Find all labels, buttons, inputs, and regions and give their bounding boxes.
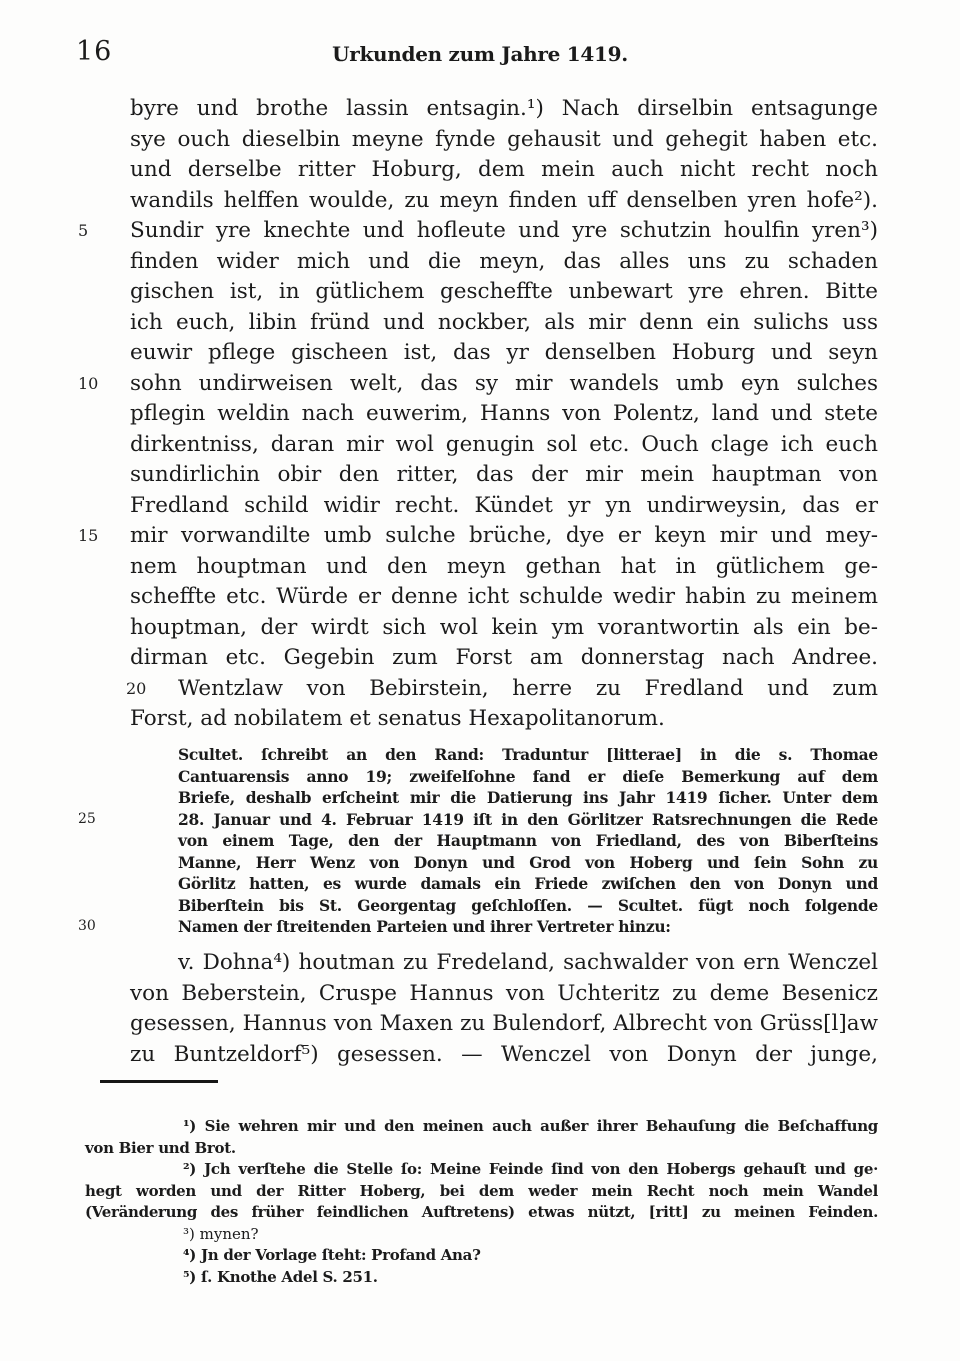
annotation-line: 30Namen der ſtreitenden Parteien und ihr… [178, 916, 878, 938]
line-text: Manne, Herr Wenz von Donyn und Grod von … [178, 853, 878, 872]
footnote-line: ⁵) ſ. Knothe Adel S. 251. [85, 1267, 878, 1289]
text-line: 20Wentzlaw von Bebirstein, herre zu Fred… [130, 674, 878, 705]
text-line: dirkentniss, daran mir wol genugin sol e… [130, 430, 878, 461]
annotation-line: Scultet. ſchreibt an den Rand: Traduntur… [178, 744, 878, 766]
line-text: wandils helffen woulde, zu meyn finden u… [130, 188, 878, 213]
margin-line-number: 25 [78, 809, 100, 831]
line-text: Fredland schild widir recht. Kündet yr y… [130, 493, 878, 518]
line-text: 28. Januar und 4. Februar 1419 iſt in de… [178, 810, 878, 829]
line-text: v. Dohna⁴) houtman zu Fredeland, sachwal… [178, 950, 878, 975]
text-line: houptman, der wirdt sich wol kein ym vor… [130, 613, 878, 644]
line-text: sye ouch dieselbin meyne fynde gehausit … [130, 127, 878, 152]
line-text: Biberſtein bis St. Georgentag geſchloſſe… [178, 896, 878, 915]
text-line: ich euch, libin fründ und nockber, als m… [130, 308, 878, 339]
line-text: von Bier und Brot. [85, 1139, 236, 1157]
line-text: und derselbe ritter Hoburg, dem mein auc… [130, 157, 878, 182]
line-text: Forst, ad nobilatem et senatus Hexapolit… [130, 706, 665, 731]
text-line: gesessen, Hannus von Maxen zu Bulendorf,… [130, 1009, 878, 1040]
line-text: zu Buntzeldorf⁵) gesessen. — Wenczel von… [130, 1042, 878, 1067]
footnote-line: ⁴) Jn der Vorlage ſteht: Profand Ana? [85, 1245, 878, 1267]
text-line: byre und brothe lassin entsagin.¹) Nach … [130, 94, 878, 125]
line-text: mir vorwandilte umb sulche brüche, dye e… [130, 523, 878, 548]
text-line: pflegin weldin nach euwerim, Hanns von P… [130, 399, 878, 430]
annotation-line: 2528. Januar und 4. Februar 1419 iſt in … [178, 809, 878, 831]
footnote-line: ²) Jch verſtehe die Stelle ſo: Meine Fei… [85, 1159, 878, 1181]
scanned-book-page: 16 Urkunden zum Jahre 1419. byre und bro… [0, 0, 960, 1361]
margin-line-number: 10 [78, 369, 102, 400]
line-text: houptman, der wirdt sich wol kein ym vor… [130, 615, 878, 640]
text-line: scheffte etc. Würde er denne icht schuld… [130, 582, 878, 613]
line-text: scheffte etc. Würde er denne icht schuld… [130, 584, 878, 609]
line-text: Scultet. ſchreibt an den Rand: Traduntur… [178, 745, 878, 764]
line-text: Görlitz hatten, es wurde damals ein Frie… [178, 874, 878, 893]
line-text: Sundir yre knechte und hofleute und yre … [130, 218, 878, 243]
margin-line-number: 30 [78, 916, 100, 938]
text-line: 15mir vorwandilte umb sulche brüche, dye… [130, 521, 878, 552]
line-text: von einem Tage, den der Hauptmann von Fr… [178, 831, 878, 850]
text-line: sye ouch dieselbin meyne fynde gehausit … [130, 125, 878, 156]
text-line: von Beberstein, Cruspe Hannus von Uchter… [130, 979, 878, 1010]
line-text: ⁵) ſ. Knothe Adel S. 251. [183, 1268, 378, 1286]
annotation-line: Cantuarensis anno 19; zweifelſohne fand … [178, 766, 878, 788]
line-text: Namen der ſtreitenden Parteien und ihrer… [178, 917, 671, 936]
line-text: (Veränderung des früher feindlichen Auft… [85, 1203, 878, 1221]
text-line: sundirlichin obir den ritter, das der mi… [130, 460, 878, 491]
line-text: Briefe, deshalb erſcheint mir die Datier… [178, 788, 878, 807]
line-text: ich euch, libin fründ und nockber, als m… [130, 310, 878, 335]
footnote-line: (Veränderung des früher feindlichen Auft… [85, 1202, 878, 1224]
line-text: finden wider mich und die meyn, das alle… [130, 249, 878, 274]
line-text: dirman etc. Gegebin zum Forst am donners… [130, 645, 878, 670]
margin-line-number: 15 [78, 521, 102, 552]
line-text: hegt worden und der Ritter Hoberg, bei d… [85, 1182, 878, 1200]
annotation-line: Manne, Herr Wenz von Donyn und Grod von … [178, 852, 878, 874]
text-line: nem houptman und den meyn gethan hat in … [130, 552, 878, 583]
footnote-separator [100, 1080, 218, 1083]
footnote-line: von Bier und Brot. [85, 1138, 878, 1160]
line-text: Cantuarensis anno 19; zweifelſohne fand … [178, 767, 878, 786]
editor-annotation: Scultet. ſchreibt an den Rand: Traduntur… [178, 744, 878, 938]
text-line: und derselbe ritter Hoburg, dem mein auc… [130, 155, 878, 186]
annotation-line: von einem Tage, den der Hauptmann von Fr… [178, 830, 878, 852]
line-text: ⁴) Jn der Vorlage ſteht: Profand Ana? [183, 1246, 481, 1264]
closing-paragraph: v. Dohna⁴) houtman zu Fredeland, sachwal… [130, 948, 878, 1070]
margin-line-number: 5 [78, 216, 102, 247]
line-text: nem houptman und den meyn gethan hat in … [130, 554, 878, 579]
line-text: Wentzlaw von Bebirstein, herre zu Fredla… [178, 676, 878, 701]
annotation-line: Görlitz hatten, es wurde damals ein Frie… [178, 873, 878, 895]
line-text: gesessen, Hannus von Maxen zu Bulendorf,… [130, 1011, 878, 1036]
text-line: wandils helffen woulde, zu meyn finden u… [130, 186, 878, 217]
line-text: byre und brothe lassin entsagin.¹) Nach … [130, 96, 878, 121]
line-text: euwir pflege gischeen ist, das yr densel… [130, 340, 878, 365]
text-line: euwir pflege gischeen ist, das yr densel… [130, 338, 878, 369]
line-text: dirkentniss, daran mir wol genugin sol e… [130, 432, 878, 457]
footnote-line: ¹) Sie wehren mir und den meinen auch au… [85, 1116, 878, 1138]
line-text: ¹) Sie wehren mir und den meinen auch au… [183, 1117, 878, 1135]
annotation-line: Briefe, deshalb erſcheint mir die Datier… [178, 787, 878, 809]
footnote-line: hegt worden und der Ritter Hoberg, bei d… [85, 1181, 878, 1203]
footnotes: ¹) Sie wehren mir und den meinen auch au… [85, 1116, 878, 1288]
text-line: zu Buntzeldorf⁵) gesessen. — Wenczel von… [130, 1040, 878, 1071]
text-line: 5Sundir yre knechte und hofleute und yre… [130, 216, 878, 247]
text-line: v. Dohna⁴) houtman zu Fredeland, sachwal… [130, 948, 878, 979]
line-text: pflegin weldin nach euwerim, Hanns von P… [130, 401, 878, 426]
line-text: sundirlichin obir den ritter, das der mi… [130, 462, 878, 487]
text-line: finden wider mich und die meyn, das alle… [130, 247, 878, 278]
annotation-line: Biberſtein bis St. Georgentag geſchloſſe… [178, 895, 878, 917]
text-line: 10sohn undirweisen welt, das sy mir wand… [130, 369, 878, 400]
text-line: dirman etc. Gegebin zum Forst am donners… [130, 643, 878, 674]
text-line: gischen ist, in gütlichem gescheffte unb… [130, 277, 878, 308]
footnote-line: ³) mynen? [85, 1224, 878, 1246]
line-text: ²) Jch verſtehe die Stelle ſo: Meine Fei… [183, 1160, 878, 1178]
text-line: Forst, ad nobilatem et senatus Hexapolit… [130, 704, 878, 735]
main-text: byre und brothe lassin entsagin.¹) Nach … [130, 94, 878, 735]
margin-line-number: 20 [78, 674, 102, 705]
line-text: gischen ist, in gütlichem gescheffte unb… [130, 279, 878, 304]
line-text: von Beberstein, Cruspe Hannus von Uchter… [130, 981, 878, 1006]
running-title: Urkunden zum Jahre 1419. [0, 42, 960, 66]
text-line: Fredland schild widir recht. Kündet yr y… [130, 491, 878, 522]
line-text: sohn undirweisen welt, das sy mir wandel… [130, 371, 878, 396]
line-text: ³) mynen? [183, 1225, 259, 1243]
